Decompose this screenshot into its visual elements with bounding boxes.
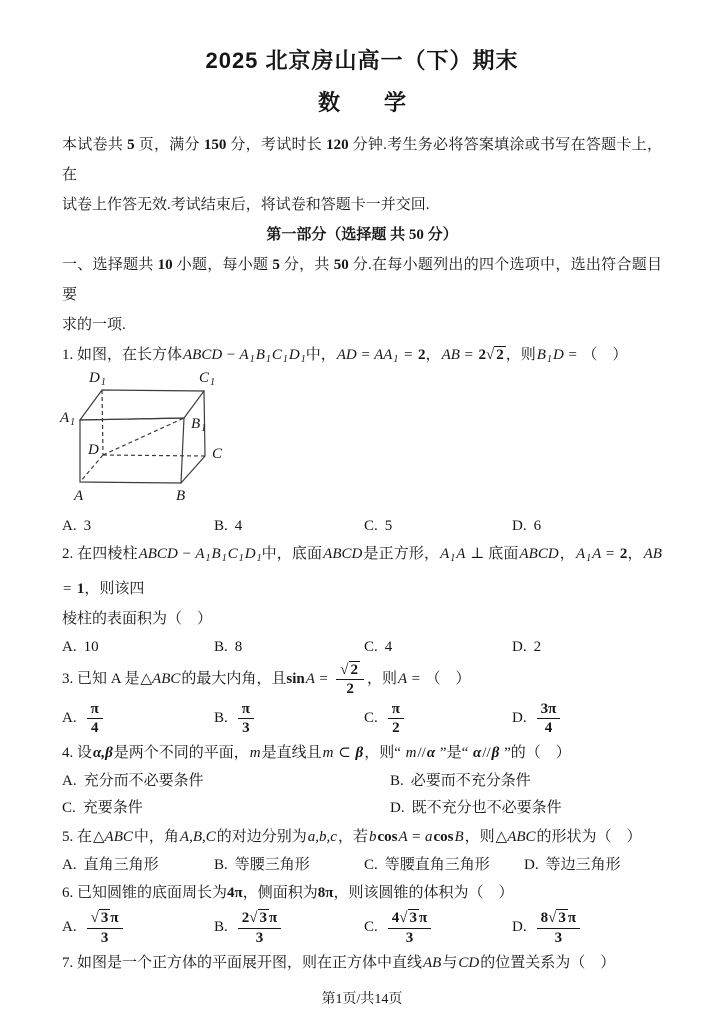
page-number: 第1页/共14页	[0, 988, 724, 1008]
option-label: C.	[364, 919, 378, 935]
vertex-label-c: C	[211, 447, 223, 461]
option-content: 3	[84, 518, 92, 534]
option-content: 必要而不充分条件	[411, 773, 531, 789]
option-label: B.	[214, 518, 228, 534]
vertex-label-a1: A1	[59, 411, 75, 430]
option-label: B.	[214, 857, 228, 873]
option-content: 5	[385, 518, 393, 534]
question-6-options: A.√3π3 B.2√3π3 C.4√3π3 D.8√3π3	[62, 908, 662, 947]
option-content: 充要条件	[83, 800, 143, 816]
question-5-stem: 5. 在△ABC中，角A,B,C的对边分别为a,b,c，若bcosA = aco…	[62, 822, 662, 852]
option-label: B.	[390, 773, 404, 789]
option-label: B.	[214, 919, 228, 935]
option-content: 8	[235, 639, 243, 655]
option-content: π4	[84, 710, 106, 726]
option-content: 2√3π3	[235, 919, 284, 935]
question-2-options: A.10 B.8 C.4 D.2	[62, 634, 662, 660]
option-content: 既不充分也不必要条件	[412, 800, 562, 816]
option-content: π3	[235, 710, 257, 726]
vertex-label-b1: B1	[190, 417, 206, 436]
question-7-stem: 7. 如图是一个正方体的平面展开图，则在正方体中直线AB与CD的位置关系为（ ）	[62, 948, 662, 978]
exam-page: 2025 北京房山高一（下）期末 数 学 本试卷共 5 页，满分 150 分，考…	[0, 0, 724, 978]
subject-title: 数 学	[62, 88, 662, 118]
question-2-stem: 2. 在四棱柱ABCD − A1B1C1D1中，底面ABCD是正方形，A1A ⊥…	[62, 539, 662, 604]
option-content: π2	[385, 710, 407, 726]
option-label: C.	[364, 518, 378, 534]
vertex-label-d: D	[87, 443, 100, 457]
option-content: 充分而不必要条件	[84, 773, 204, 789]
question-2-option-c: C.4	[364, 634, 512, 660]
page-title: 2025 北京房山高一（下）期末	[62, 46, 662, 76]
question-4-option-b: B.必要而不充分条件	[390, 768, 662, 795]
option-content: 6	[534, 518, 542, 534]
section1-instructions-line1: 一、选择题共 10 小题，每小题 5 分，共 50 分.在每小题列出的四个选项中…	[62, 250, 662, 310]
intro-line-1: 本试卷共 5 页，满分 150 分，考试时长 120 分钟.考生务必将答案填涂或…	[62, 130, 662, 190]
option-label: A.	[62, 773, 77, 789]
option-label: D.	[512, 639, 527, 655]
question-2-option-d: D.2	[512, 634, 662, 660]
question-5-option-c: C.等腰直角三角形	[364, 852, 524, 878]
question-6-option-b: B.2√3π3	[214, 908, 364, 947]
question-4-options: A.充分而不必要条件 B.必要而不充分条件 C.充要条件 D.既不充分也不必要条…	[62, 768, 662, 822]
option-label: C.	[364, 857, 378, 873]
question-5-option-a: A.直角三角形	[62, 852, 214, 878]
option-label: D.	[512, 710, 527, 726]
vertex-label-a: A	[73, 489, 84, 503]
option-label: A.	[62, 919, 77, 935]
option-label: A.	[62, 857, 77, 873]
question-5-options: A.直角三角形 B.等腰三角形 C.等腰直角三角形 D.等边三角形	[62, 852, 662, 878]
option-content: 等边三角形	[546, 857, 621, 873]
vertex-label-d1: D1	[88, 371, 106, 390]
question-4-option-c: C.充要条件	[62, 795, 390, 822]
option-label: C.	[364, 710, 378, 726]
question-4-stem: 4. 设α,β是两个不同的平面，m是直线且m ⊂ β，则“ m//α ”是“ α…	[62, 738, 662, 768]
option-content: 等腰直角三角形	[385, 857, 490, 873]
option-label: A.	[62, 518, 77, 534]
question-1-option-c: C.5	[364, 513, 512, 539]
question-3-option-a: A.π4	[62, 699, 214, 738]
question-6-option-d: D.8√3π3	[512, 908, 662, 947]
option-label: C.	[364, 639, 378, 655]
cuboid-figure: D1 C1 A1 B1 D C A B	[56, 379, 286, 511]
option-content: 直角三角形	[84, 857, 159, 873]
question-5-option-b: B.等腰三角形	[214, 852, 364, 878]
question-3-option-c: C.π2	[364, 699, 512, 738]
question-1-option-b: B.4	[214, 513, 364, 539]
question-2-option-b: B.8	[214, 634, 364, 660]
question-4-option-a: A.充分而不必要条件	[62, 768, 390, 795]
option-content: √3π3	[84, 919, 126, 935]
question-1-stem: 1. 如图，在长方体ABCD − A1B1C1D1中，AD = AA1 = 2，…	[62, 340, 662, 375]
question-1-options: A.3 B.4 C.5 D.6	[62, 513, 662, 539]
vertex-label-b: B	[175, 489, 186, 503]
option-content: 等腰三角形	[235, 857, 310, 873]
option-content: 4	[235, 518, 243, 534]
option-content: 10	[84, 639, 99, 655]
option-content: 2	[534, 639, 542, 655]
question-1-option-d: D.6	[512, 513, 662, 539]
question-4-option-d: D.既不充分也不必要条件	[390, 795, 662, 822]
option-content: 3π4	[534, 710, 564, 726]
question-3-stem: 3. 已知 A 是△ABC的最大内角，且sinA = √22，则A = （ ）	[62, 660, 662, 699]
vertex-label-c1: C1	[198, 371, 215, 390]
option-content: 8√3π3	[534, 919, 583, 935]
question-3-options: A.π4 B.π3 C.π2 D.3π4	[62, 699, 662, 738]
option-label: B.	[214, 639, 228, 655]
part1-heading: 第一部分（选择题 共 50 分）	[62, 220, 662, 250]
option-content: 4√3π3	[385, 919, 434, 935]
question-5-option-d: D.等边三角形	[524, 852, 662, 878]
question-3-option-b: B.π3	[214, 699, 364, 738]
section1-instructions-line2: 求的一项.	[62, 310, 662, 340]
question-2-option-a: A.10	[62, 634, 214, 660]
option-label: D.	[390, 800, 405, 816]
question-3-option-d: D.3π4	[512, 699, 662, 738]
option-label: C.	[62, 800, 76, 816]
option-label: D.	[524, 857, 539, 873]
question-6-option-c: C.4√3π3	[364, 908, 512, 947]
option-label: D.	[512, 919, 527, 935]
question-1-option-a: A.3	[62, 513, 214, 539]
intro-line-2: 试卷上作答无效.考试结束后，将试卷和答题卡一并交回.	[62, 190, 662, 220]
question-6-option-a: A.√3π3	[62, 908, 214, 947]
question-2-stem-line2: 棱柱的表面积为（ ）	[62, 604, 662, 634]
option-label: D.	[512, 518, 527, 534]
option-content: 4	[385, 639, 393, 655]
option-label: B.	[214, 710, 228, 726]
question-6-stem: 6. 已知圆锥的底面周长为4π，侧面积为8π，则该圆锥的体积为（ ）	[62, 878, 662, 908]
option-label: A.	[62, 639, 77, 655]
option-label: A.	[62, 710, 77, 726]
